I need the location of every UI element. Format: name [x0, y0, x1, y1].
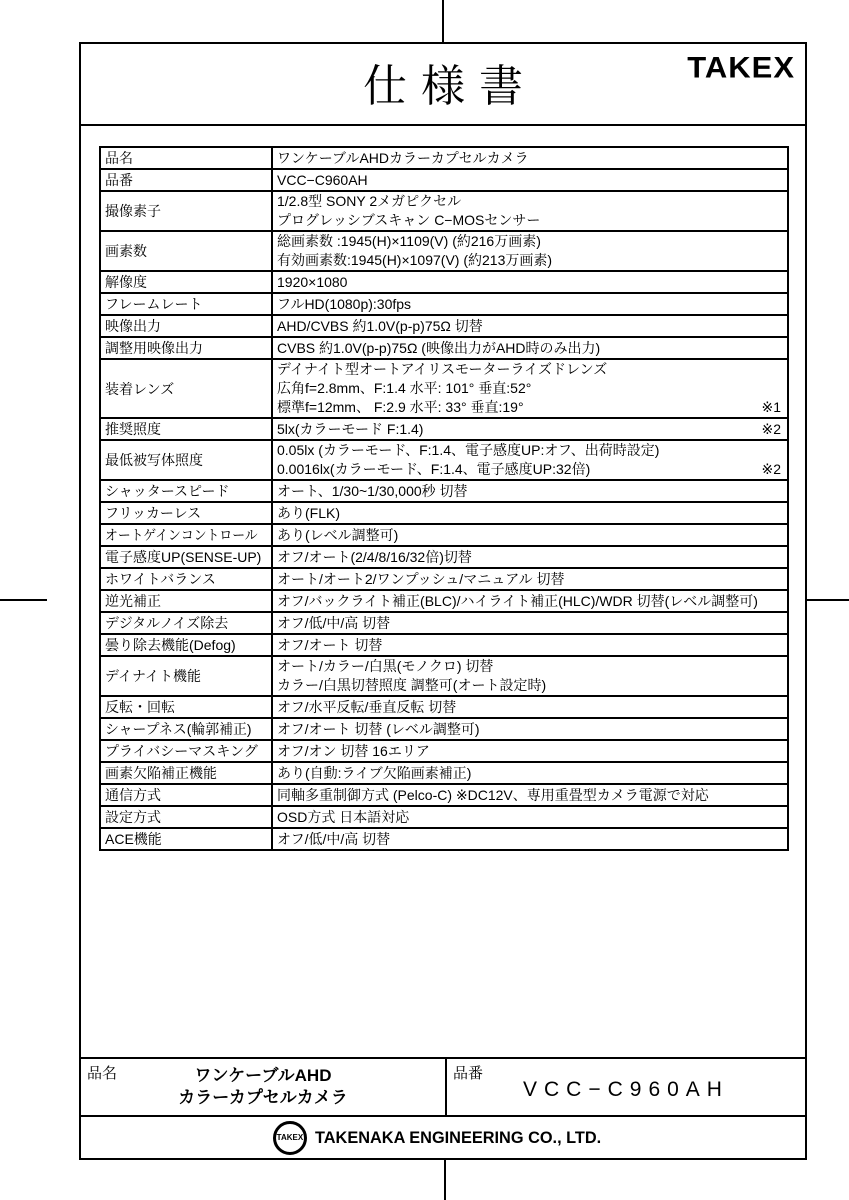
spec-value-line: 標準f=12mm、 F:2.9 水平: 33° 垂直:19°※1 — [277, 398, 783, 417]
spec-row-value: オフ/水平反転/垂直反転 切替 — [272, 696, 788, 718]
spec-value-line: 同軸多重制御方式 (Pelco-C) ※DC12V、専用重畳型カメラ電源で対応 — [277, 786, 783, 805]
spec-value-line: 1920×1080 — [277, 273, 783, 292]
spec-row-label: オートゲインコントロール — [100, 524, 272, 546]
spec-row-label: シャープネス(輪郭補正) — [100, 718, 272, 740]
spec-value-line: 有効画素数:1945(H)×1097(V) (約213万画素) — [277, 251, 783, 270]
spec-row: 設定方式OSD方式 日本語対応 — [100, 806, 788, 828]
spec-row: 電子感度UP(SENSE-UP)オフ/オート(2/4/8/16/32倍)切替 — [100, 546, 788, 568]
spec-row-label: フリッカーレス — [100, 502, 272, 524]
spec-value-line: デイナイト型オートアイリスモーターライズドレンズ — [277, 360, 783, 379]
spec-row-value: 同軸多重制御方式 (Pelco-C) ※DC12V、専用重畳型カメラ電源で対応 — [272, 784, 788, 806]
spec-row-value: オフ/低/中/高 切替 — [272, 612, 788, 634]
spec-value-line: 広角f=2.8mm、F:1.4 水平: 101° 垂直:52° — [277, 379, 783, 398]
spec-value-line: 5lx(カラーモード F:1.4)※2 — [277, 420, 783, 439]
takex-circle-logo-icon: TAKEX — [273, 1121, 307, 1155]
spec-row-label: 反転・回転 — [100, 696, 272, 718]
spec-row-label: 撮像素子 — [100, 191, 272, 231]
spec-value-line: カラー/白黒切替照度 調整可(オート設定時) — [277, 676, 783, 695]
spec-value-line: VCC−C960AH — [277, 171, 783, 190]
spec-row-value: オフ/オート(2/4/8/16/32倍)切替 — [272, 546, 788, 568]
spec-row-label: ホワイトバランス — [100, 568, 272, 590]
spec-row: オートゲインコントロールあり(レベル調整可) — [100, 524, 788, 546]
product-name-cell: 品名 ワンケーブルAHD カラーカプセルカメラ — [81, 1059, 447, 1115]
spec-row-label: 画素欠陥補正機能 — [100, 762, 272, 784]
spec-row: デジタルノイズ除去オフ/低/中/高 切替 — [100, 612, 788, 634]
spec-row-label: 装着レンズ — [100, 359, 272, 418]
spec-row-label: ACE機能 — [100, 828, 272, 850]
spec-row-label: 画素数 — [100, 231, 272, 271]
company-footer: TAKEX TAKENAKA ENGINEERING CO., LTD. — [81, 1115, 805, 1158]
spec-row-value: OSD方式 日本語対応 — [272, 806, 788, 828]
footnote-marker: ※1 — [761, 398, 781, 417]
spec-row-value: CVBS 約1.0V(p-p)75Ω (映像出力がAHD時のみ出力) — [272, 337, 788, 359]
part-number-label: 品番 — [453, 1062, 483, 1083]
footnote-marker: ※2 — [761, 420, 781, 439]
spec-row-label: 曇り除去機能(Defog) — [100, 634, 272, 656]
spec-row-value: オート/カラー/白黒(モノクロ) 切替カラー/白黒切替照度 調整可(オート設定時… — [272, 656, 788, 696]
document-frame: 仕様書 TAKEX 品名ワンケーブルAHDカラーカプセルカメラ品番VCC−C96… — [79, 42, 807, 1160]
spec-row-label: デジタルノイズ除去 — [100, 612, 272, 634]
spec-value-line: オフ/低/中/高 切替 — [277, 830, 783, 849]
spec-value-line: あり(自動:ライブ欠陥画素補正) — [277, 764, 783, 783]
spec-row-value: 1/2.8型 SONY 2メガピクセルプログレッシブスキャン C−MOSセンサー — [272, 191, 788, 231]
spec-row-label: 品番 — [100, 169, 272, 191]
spec-value-line: オート/カラー/白黒(モノクロ) 切替 — [277, 657, 783, 676]
spec-row: シャープネス(輪郭補正)オフ/オート 切替 (レベル調整可) — [100, 718, 788, 740]
crop-mark-bottom — [444, 1159, 446, 1200]
spec-row-label: 設定方式 — [100, 806, 272, 828]
spec-value-line: OSD方式 日本語対応 — [277, 808, 783, 827]
spec-row-value: オフ/オート 切替 — [272, 634, 788, 656]
spec-row: 推奨照度5lx(カラーモード F:1.4)※2 — [100, 418, 788, 440]
spec-row: 最低被写体照度0.05lx (カラーモード、F:1.4、電子感度UP:オフ、出荷… — [100, 440, 788, 480]
spec-value-line: オート、1/30~1/30,000秒 切替 — [277, 482, 783, 501]
spec-row-label: 品名 — [100, 147, 272, 169]
spec-row: フレームレートフルHD(1080p):30fps — [100, 293, 788, 315]
title-block: 品名 ワンケーブルAHD カラーカプセルカメラ 品番 VCC−C960AH TA… — [79, 1057, 807, 1160]
spec-row: ACE機能オフ/低/中/高 切替 — [100, 828, 788, 850]
spec-row-value: VCC−C960AH — [272, 169, 788, 191]
spec-row-value: あり(FLK) — [272, 502, 788, 524]
takex-brand-logo: TAKEX — [687, 51, 795, 85]
part-number-cell: 品番 VCC−C960AH — [447, 1059, 805, 1115]
spec-value-line: オフ/オート 切替 (レベル調整可) — [277, 720, 783, 739]
spec-row-value: オート、1/30~1/30,000秒 切替 — [272, 480, 788, 502]
title-block-row: 品名 ワンケーブルAHD カラーカプセルカメラ 品番 VCC−C960AH — [81, 1059, 805, 1115]
spec-row-value: オフ/オート 切替 (レベル調整可) — [272, 718, 788, 740]
product-name-line2: カラーカプセルカメラ — [178, 1087, 348, 1109]
spec-value-line: CVBS 約1.0V(p-p)75Ω (映像出力がAHD時のみ出力) — [277, 339, 783, 358]
spec-value-line: オフ/オート 切替 — [277, 636, 783, 655]
spec-value-line: 0.05lx (カラーモード、F:1.4、電子感度UP:オフ、出荷時設定) — [277, 441, 783, 460]
spec-row-value: オート/オート2/ワンプッシュ/マニュアル 切替 — [272, 568, 788, 590]
spec-value-line: 0.0016lx(カラーモード、F:1.4、電子感度UP:32倍)※2 — [277, 460, 783, 479]
spec-value-line: オフ/オン 切替 16エリア — [277, 742, 783, 761]
spec-row-value: あり(自動:ライブ欠陥画素補正) — [272, 762, 788, 784]
spec-value-line: 1/2.8型 SONY 2メガピクセル — [277, 192, 783, 211]
spec-row: 映像出力AHD/CVBS 約1.0V(p-p)75Ω 切替 — [100, 315, 788, 337]
spec-row-label: 推奨照度 — [100, 418, 272, 440]
spec-row-label: 通信方式 — [100, 784, 272, 806]
spec-row-label: 解像度 — [100, 271, 272, 293]
spec-row-value: デイナイト型オートアイリスモーターライズドレンズ広角f=2.8mm、F:1.4 … — [272, 359, 788, 418]
spec-row: 装着レンズデイナイト型オートアイリスモーターライズドレンズ広角f=2.8mm、F… — [100, 359, 788, 418]
spec-row: 品名ワンケーブルAHDカラーカプセルカメラ — [100, 147, 788, 169]
spec-row-label: 逆光補正 — [100, 590, 272, 612]
spec-row-value: 0.05lx (カラーモード、F:1.4、電子感度UP:オフ、出荷時設定)0.0… — [272, 440, 788, 480]
spec-row-value: ワンケーブルAHDカラーカプセルカメラ — [272, 147, 788, 169]
spec-value-line: オフ/バックライト補正(BLC)/ハイライト補正(HLC)/WDR 切替(レベル… — [277, 592, 783, 611]
footnote-marker: ※2 — [761, 460, 781, 479]
spec-row-value: 1920×1080 — [272, 271, 788, 293]
spec-row: 画素欠陥補正機能あり(自動:ライブ欠陥画素補正) — [100, 762, 788, 784]
spec-row: 曇り除去機能(Defog)オフ/オート 切替 — [100, 634, 788, 656]
spec-row: 品番VCC−C960AH — [100, 169, 788, 191]
spec-row-label: 電子感度UP(SENSE-UP) — [100, 546, 272, 568]
crop-mark-right — [806, 599, 849, 601]
spec-row-value: AHD/CVBS 約1.0V(p-p)75Ω 切替 — [272, 315, 788, 337]
spec-row: 調整用映像出力CVBS 約1.0V(p-p)75Ω (映像出力がAHD時のみ出力… — [100, 337, 788, 359]
spec-row: デイナイト機能オート/カラー/白黒(モノクロ) 切替カラー/白黒切替照度 調整可… — [100, 656, 788, 696]
product-name: ワンケーブルAHD カラーカプセルカメラ — [81, 1059, 445, 1115]
spec-value-line: AHD/CVBS 約1.0V(p-p)75Ω 切替 — [277, 317, 783, 336]
spec-value-line: 総画素数 :1945(H)×1109(V) (約216万画素) — [277, 232, 783, 251]
spec-row-value: オフ/低/中/高 切替 — [272, 828, 788, 850]
spec-row-label: プライバシーマスキング — [100, 740, 272, 762]
spec-row: 撮像素子1/2.8型 SONY 2メガピクセルプログレッシブスキャン C−MOS… — [100, 191, 788, 231]
spec-value-line: オフ/低/中/高 切替 — [277, 614, 783, 633]
spec-value-line: プログレッシブスキャン C−MOSセンサー — [277, 211, 783, 230]
spec-sheet-page: 仕様書 TAKEX 品名ワンケーブルAHDカラーカプセルカメラ品番VCC−C96… — [0, 0, 849, 1200]
spec-value-line: ワンケーブルAHDカラーカプセルカメラ — [277, 149, 783, 168]
takex-circle-logo-text: TAKEX — [277, 1133, 304, 1142]
spec-row-label: フレームレート — [100, 293, 272, 315]
spec-row: 画素数総画素数 :1945(H)×1109(V) (約216万画素)有効画素数:… — [100, 231, 788, 271]
spec-row: 通信方式同軸多重制御方式 (Pelco-C) ※DC12V、専用重畳型カメラ電源… — [100, 784, 788, 806]
spec-row: ホワイトバランスオート/オート2/ワンプッシュ/マニュアル 切替 — [100, 568, 788, 590]
spec-row: 解像度1920×1080 — [100, 271, 788, 293]
spec-row-value: 5lx(カラーモード F:1.4)※2 — [272, 418, 788, 440]
spec-value-line: あり(レベル調整可) — [277, 526, 783, 545]
spec-value-line: フルHD(1080p):30fps — [277, 295, 783, 314]
spec-table: 品名ワンケーブルAHDカラーカプセルカメラ品番VCC−C960AH撮像素子1/2… — [99, 146, 789, 851]
product-name-label: 品名 — [87, 1062, 117, 1083]
product-name-line1: ワンケーブルAHD — [195, 1065, 332, 1087]
spec-value-line: オート/オート2/ワンプッシュ/マニュアル 切替 — [277, 570, 783, 589]
spec-value-line: あり(FLK) — [277, 504, 783, 523]
spec-row: シャッタースピードオート、1/30~1/30,000秒 切替 — [100, 480, 788, 502]
spec-row-value: あり(レベル調整可) — [272, 524, 788, 546]
spec-value-line: オフ/オート(2/4/8/16/32倍)切替 — [277, 548, 783, 567]
spec-row-label: シャッタースピード — [100, 480, 272, 502]
crop-mark-top — [442, 0, 444, 43]
spec-row-label: 映像出力 — [100, 315, 272, 337]
spec-row-value: フルHD(1080p):30fps — [272, 293, 788, 315]
spec-row: プライバシーマスキングオフ/オン 切替 16エリア — [100, 740, 788, 762]
document-header: 仕様書 TAKEX — [81, 44, 805, 126]
crop-mark-left — [0, 599, 47, 601]
spec-row-value: オフ/バックライト補正(BLC)/ハイライト補正(HLC)/WDR 切替(レベル… — [272, 590, 788, 612]
spec-row-value: 総画素数 :1945(H)×1109(V) (約216万画素)有効画素数:194… — [272, 231, 788, 271]
spec-row-label: デイナイト機能 — [100, 656, 272, 696]
spec-row-value: オフ/オン 切替 16エリア — [272, 740, 788, 762]
company-name: TAKENAKA ENGINEERING CO., LTD. — [315, 1128, 601, 1148]
spec-row: 反転・回転オフ/水平反転/垂直反転 切替 — [100, 696, 788, 718]
spec-value-line: オフ/水平反転/垂直反転 切替 — [277, 698, 783, 717]
spec-row-label: 最低被写体照度 — [100, 440, 272, 480]
part-number: VCC−C960AH — [447, 1059, 805, 1115]
spec-row: 逆光補正オフ/バックライト補正(BLC)/ハイライト補正(HLC)/WDR 切替… — [100, 590, 788, 612]
spec-row: フリッカーレスあり(FLK) — [100, 502, 788, 524]
spec-row-label: 調整用映像出力 — [100, 337, 272, 359]
